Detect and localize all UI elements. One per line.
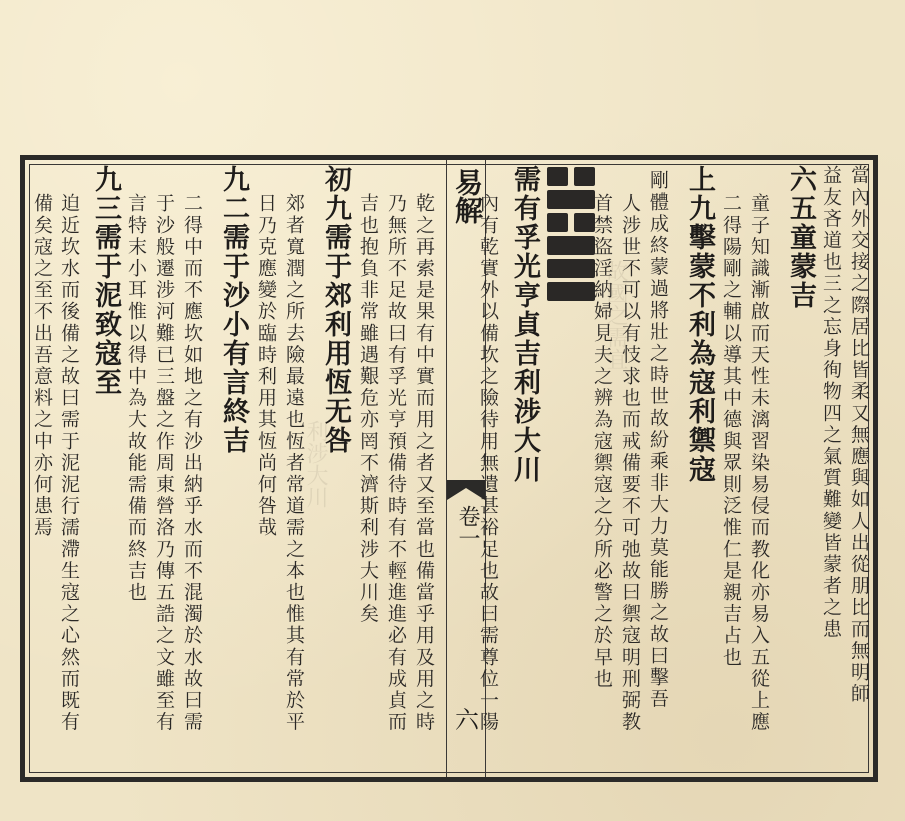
hexagram-line-yin [547,213,595,232]
text-column: 益友吝道也三之忘身徇物四之氣質難變皆蒙者之患 [820,165,842,775]
hexagram-xu-icon [547,167,595,301]
section-heading: 六五童蒙吉 [783,165,817,775]
text-column: 日乃克應變於臨時利用其恆尚何咎哉 [255,193,277,803]
hexagram-line-yang [547,236,595,255]
section-heading: 九二需于沙小有言終吉 [216,165,250,775]
text-column: 迫近坎水而後備之故曰需于泥泥行濡滯生寇之心然而既有 [58,193,80,803]
text-column: 吉也抱負非常雖遇艱危亦罔不濟斯利涉大川矣 [357,193,379,803]
section-heading: 上九擊蒙不利為寇利禦寇 [682,165,716,775]
page-number: 六 [455,700,479,735]
text-column: 童子知識漸啟而天性未漓習染易侵而教化亦易入五從上應 [748,193,770,803]
hexagram-line-yang [547,259,595,278]
text-column: 二得陽剛之輔以導其中德與眾則泛惟仁是親吉占也 [720,193,742,803]
hexagram-line-yin [547,167,595,186]
text-column: 人涉世不可以有忮求也而戒備要不可弛故曰禦寇明刑弼教 [619,193,641,803]
text-column: 內有乾實外以備坎之險待用無遺甚裕足也故曰需尊位一陽 [477,193,499,803]
text-column: 言特末小耳惟以得中為大故能需備而終吉也 [125,193,147,803]
section-heading: 初九需于郊利用恆无咎 [318,165,352,775]
text-column: 剛體成終蒙過將壯之時世故紛乘非大力莫能勝之故曰擊吾 [647,170,669,780]
section-heading: 需有孚光亨貞吉利涉大川 [507,165,541,775]
hexagram-line-yang [547,190,595,209]
text-column: 乃無所不足故曰有孚光亨預備待時有不輕進進必有成貞而 [385,193,407,803]
text-column: 郊者寬潤之所去險最遠也恆者常道需之本也惟其有常於平 [283,193,305,803]
text-column: 乾之再索是果有中實而用之者又至當也備當乎用及用之時 [413,193,435,803]
hexagram-line-yang [547,282,595,301]
text-column: 二得中而不應坎如地之有沙出納乎水而不混濁於水故曰需 [181,193,203,803]
section-heading: 九三需于泥致寇至 [88,165,122,775]
text-column: 于沙般遷涉河難已三盤之作周東營洛乃傳五誥之文雖至有 [153,193,175,803]
text-column: 備矣寇之至不出吾意料之中亦何患焉 [31,193,53,803]
text-column: 當內外交接之際居比皆柔又無應與如人出從朋比而無明師 [848,165,870,775]
